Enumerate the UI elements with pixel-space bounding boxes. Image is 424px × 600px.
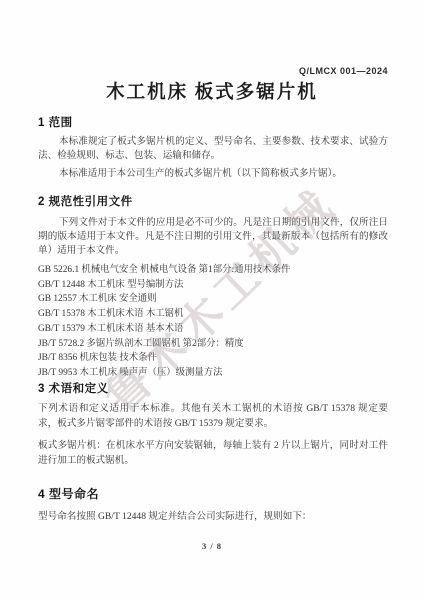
- scope-paragraph-1: 本标准规定了板式多锯片机的定义、型号命名、主要参数、技术要求、试验方法、检验规则…: [38, 135, 388, 163]
- document-title: 木工机床 板式多锯片机: [0, 78, 424, 104]
- section-heading-model-naming: 4 型号命名: [38, 485, 388, 502]
- normative-refs-paragraph: 下列文件对于本文件的应用是必不可少的。凡是注日期的引用文件，仅所注日期的版本适用…: [38, 216, 388, 258]
- reference-item: GB 12557 木工机床 安全通则: [38, 292, 388, 307]
- reference-item: JB/T 8356 机床包装 技术条件: [38, 351, 388, 366]
- reference-list: GB 5226.1 机械电气安全 机械电气设备 第1部分:通用技术条件 GB/T…: [38, 263, 388, 381]
- standard-code: Q/LMCX 001—2024: [299, 66, 388, 76]
- section-heading-terms: 3 术语和定义: [38, 380, 388, 396]
- reference-item: GB/T 15379 木工机床术语 基本术语: [38, 322, 388, 337]
- reference-item: JB/T 9953 木工机床 噪声声（压）级测量方法: [38, 366, 388, 381]
- reference-item: JB/T 5728.2 多锯片纵剖木工圆锯机 第2部分：精度: [38, 337, 388, 352]
- reference-item: GB/T 15378 木工机床术语 木工锯机: [38, 307, 388, 322]
- reference-item: GB 5226.1 机械电气安全 机械电气设备 第1部分:通用技术条件: [38, 263, 388, 278]
- section-heading-normative-refs: 2 规范性引用文件: [38, 193, 388, 209]
- reference-item: GB/T 12448 木工机床 型号编制方法: [38, 278, 388, 293]
- scope-paragraph-2: 本标准适用于本公司生产的板式多锯片机（以下简称板式多片锯）。: [38, 167, 388, 181]
- terms-paragraph-1: 下列术语和定义适用于本标准。其他有关木工锯机的术语按 GB/T 15378 规定…: [38, 401, 388, 431]
- page-number: 3 / 8: [0, 541, 424, 551]
- terms-paragraph-2: 板式多锯片机：在机床水平方向安装锯轴，每轴上装有 2 片以上锯片，同时对工件进行…: [38, 438, 388, 468]
- document-page: Q/LMCX 001—2024 木工机床 板式多锯片机 1 范围 本标准规定了板…: [0, 0, 424, 600]
- section-heading-scope: 1 范围: [38, 114, 388, 130]
- model-naming-paragraph: 型号命名按照 GB/T 12448 规定并结合公司实际进行，规则如下：: [38, 510, 388, 524]
